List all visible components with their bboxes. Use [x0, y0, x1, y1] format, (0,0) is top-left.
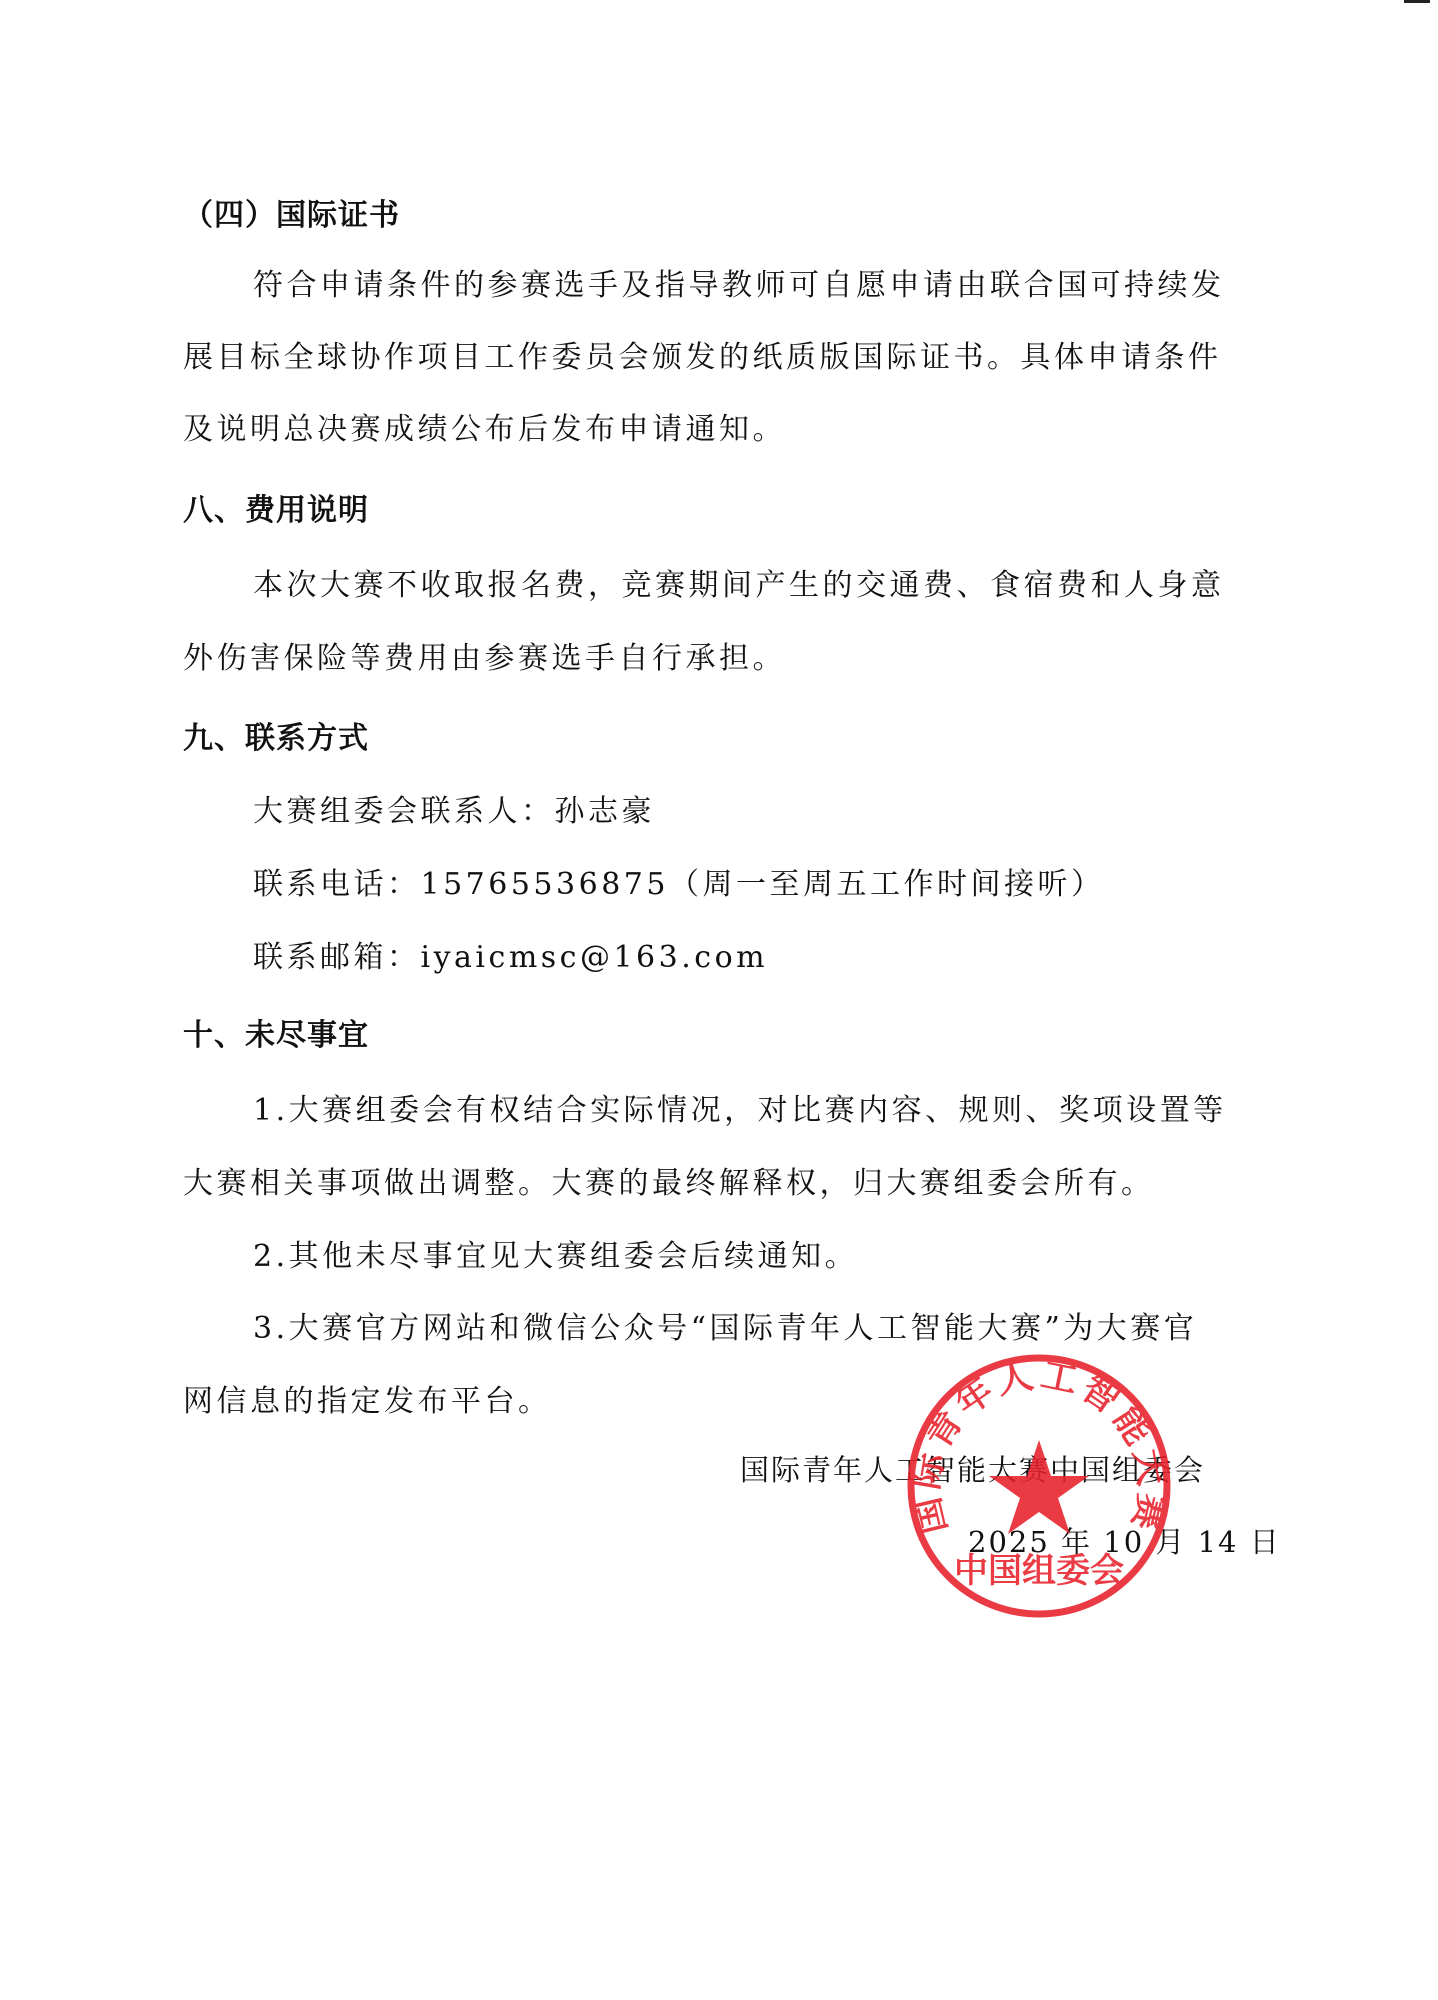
contact-email: 联系邮箱：iyaicmsc@163.com: [253, 932, 768, 976]
contact-phone: 联系电话：15765536875（周一至周五工作时间接听）: [253, 859, 1104, 903]
paragraph-line: 及说明总决赛成绩公布后发布申请通知。: [183, 404, 786, 448]
seal-top-text: 国际青年人工智能大赛: [906, 1355, 1173, 1538]
section-heading-certificate: （四）国际证书: [183, 190, 400, 234]
svg-text:国际青年人工智能大赛: 国际青年人工智能大赛: [906, 1355, 1173, 1538]
paragraph-line: 大赛相关事项做出调整。大赛的最终解释权，归大赛组委会所有。: [183, 1158, 1155, 1202]
signature-date: 2025 年 10 月 14 日: [968, 1520, 1281, 1561]
scan-edge-mark: [1404, 0, 1430, 3]
signature-organization: 国际青年人工智能大赛中国组委会: [740, 1448, 1205, 1489]
paragraph-line: 3.大赛官方网站和微信公众号“国际青年人工智能大赛”为大赛官: [253, 1303, 1197, 1347]
section-heading-misc: 十、未尽事宜: [183, 1010, 369, 1054]
section-heading-contact: 九、联系方式: [183, 713, 369, 757]
paragraph-line: 2.其他未尽事宜见大赛组委会后续通知。: [253, 1231, 858, 1275]
paragraph-line: 网信息的指定发布平台。: [183, 1376, 552, 1420]
paragraph-line: 展目标全球协作项目工作委员会颁发的纸质版国际证书。具体申请条件: [183, 332, 1222, 376]
paragraph-line: 1.大赛组委会有权结合实际情况，对比赛内容、规则、奖项设置等: [253, 1085, 1227, 1129]
paragraph-line: 外伤害保险等费用由参赛选手自行承担。: [183, 633, 786, 677]
section-heading-fees: 八、费用说明: [183, 485, 369, 529]
contact-person: 大赛组委会联系人：孙志豪: [253, 786, 655, 830]
paragraph-line: 本次大赛不收取报名费，竞赛期间产生的交通费、食宿费和人身意: [253, 560, 1225, 604]
paragraph-line: 符合申请条件的参赛选手及指导教师可自愿申请由联合国可持续发: [253, 260, 1225, 304]
